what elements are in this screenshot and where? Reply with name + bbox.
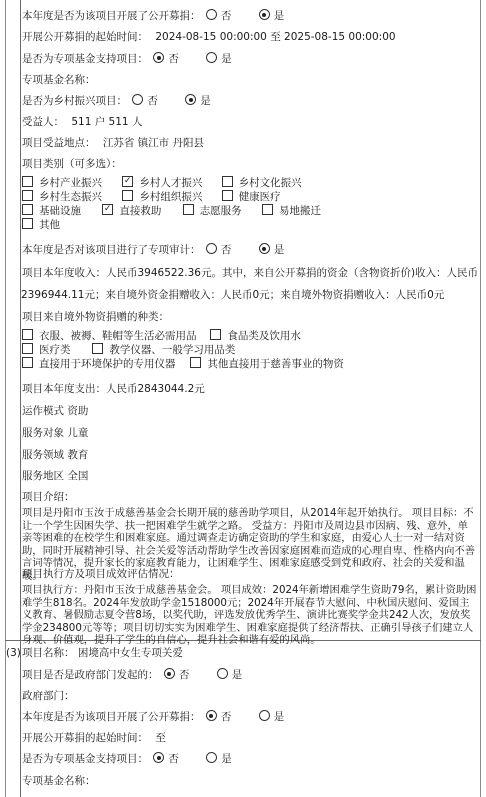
radio-selected-icon[interactable] bbox=[153, 752, 164, 763]
radio-option-yes[interactable]: 是 bbox=[257, 710, 285, 724]
fundraising-period-value: 至 bbox=[155, 732, 166, 744]
field-label: 政府部门： bbox=[22, 690, 75, 702]
operation-mode: 运作模式 资助 bbox=[22, 404, 88, 418]
radio-option-no[interactable]: 否 bbox=[151, 52, 179, 66]
checkbox-icon[interactable] bbox=[262, 204, 273, 215]
checkbox-option[interactable]: 食品类及饮用水 bbox=[210, 329, 301, 343]
gov-dept-row: 政府部门： bbox=[22, 689, 75, 703]
special-fund-row: 是否为专项基金支持项目： 否 是 bbox=[22, 752, 232, 766]
execution-text: 项目执行方：丹阳市玉汝于成慈善基金会。 项目成效：2024年新增困难学生资助79… bbox=[22, 584, 478, 647]
beneficiaries-value: 511 户 511 人 bbox=[71, 116, 142, 128]
public-fundraising-row: 本年度是否为该项目开展了公开募捐： 否 是 bbox=[22, 9, 284, 23]
field-label: 专项基金名称： bbox=[22, 74, 96, 86]
radio-icon[interactable] bbox=[259, 710, 270, 721]
field-label: 本年度是否为该项目开展了公开募捐： bbox=[22, 10, 201, 22]
project-name-value: 困境高中女生专项关爱 bbox=[78, 647, 183, 659]
public-fundraising-row: 本年度是否为该项目开展了公开募捐： 否 是 bbox=[22, 710, 284, 724]
location-row: 项目受益地点： 江苏省 镇江市 丹阳县 bbox=[22, 136, 204, 150]
radio-icon[interactable] bbox=[206, 752, 217, 763]
radio-option-yes[interactable]: 是 bbox=[257, 243, 285, 257]
checkbox-option[interactable]: 基础设施 bbox=[22, 204, 99, 218]
checkbox-icon[interactable] bbox=[183, 204, 194, 215]
checkbox-icon[interactable] bbox=[22, 190, 33, 201]
radio-icon[interactable] bbox=[206, 52, 217, 63]
radio-icon[interactable] bbox=[206, 243, 217, 254]
radio-icon[interactable] bbox=[132, 94, 143, 105]
special-fund-row: 是否为专项基金支持项目： 否 是 bbox=[22, 52, 232, 66]
form-page: 本年度是否为该项目开展了公开募捐： 否 是 开展公开募捐的起始时间： 2024-… bbox=[0, 0, 486, 797]
fundraising-period-row: 开展公开募捐的起始时间： 2024-08-15 00:00:00 至 2025-… bbox=[22, 30, 396, 44]
rural-revitalization-row: 是否为乡村振兴项目： 否 是 bbox=[22, 94, 211, 108]
radio-icon[interactable] bbox=[217, 668, 228, 679]
category-row: 乡村生态振兴 乡村组织振兴 健康医疗 bbox=[22, 190, 281, 204]
radio-option-no[interactable]: 否 bbox=[130, 94, 158, 108]
field-label: 专项基金名称： bbox=[22, 775, 96, 787]
checkbox-option[interactable]: 教学仪器、一般学习用品类 bbox=[92, 343, 235, 357]
radio-selected-icon[interactable] bbox=[259, 9, 270, 20]
table-border-right bbox=[480, 0, 481, 797]
checkbox-option[interactable]: 医疗类 bbox=[22, 343, 89, 357]
checkbox-icon[interactable] bbox=[210, 329, 221, 340]
table-border-left bbox=[5, 0, 6, 797]
checkbox-option[interactable]: 直接救助 bbox=[102, 204, 179, 218]
radio-option-no[interactable]: 否 bbox=[204, 243, 232, 257]
checkbox-checked-icon[interactable] bbox=[122, 176, 133, 187]
radio-option-yes[interactable]: 是 bbox=[204, 52, 232, 66]
checkbox-icon[interactable] bbox=[22, 329, 33, 340]
checkbox-option[interactable]: 健康医疗 bbox=[222, 190, 281, 204]
radio-icon[interactable] bbox=[206, 9, 217, 20]
category-row: 基础设施 直接救助 志愿服务 易地搬迁 bbox=[22, 204, 321, 218]
categories-label: 项目类别（可多选）： bbox=[22, 157, 122, 171]
field-label: 本年度是否为该项目开展了公开募捐： bbox=[22, 711, 201, 723]
audit-row: 本年度是否对该项目进行了专项审计： 否 是 bbox=[22, 243, 284, 257]
radio-option-no[interactable]: 否 bbox=[162, 668, 190, 682]
field-label: 开展公开募捐的起始时间： bbox=[22, 31, 148, 43]
checkbox-icon[interactable] bbox=[22, 343, 33, 354]
checkbox-option[interactable]: 乡村人才振兴 bbox=[122, 176, 218, 190]
foreign-goods-label: 项目来自境外物资捐赠的种类： bbox=[22, 310, 169, 324]
checkbox-icon[interactable] bbox=[122, 190, 133, 201]
service-region: 服务地区 全国 bbox=[22, 469, 88, 483]
checkbox-icon[interactable] bbox=[190, 357, 201, 368]
income-line-2: 2396944.11元；来自境外资金捐赠收入：人民币0元；来自境外物资捐赠收入：… bbox=[21, 288, 444, 302]
checkbox-option[interactable]: 乡村文化振兴 bbox=[222, 176, 302, 190]
checkbox-icon[interactable] bbox=[22, 218, 33, 229]
checkbox-icon[interactable] bbox=[22, 176, 33, 187]
project-name-row: 项目名称： 困境高中女生专项关爱 bbox=[22, 646, 183, 660]
checkbox-option[interactable]: 其他 bbox=[22, 218, 60, 232]
field-label: 是否为专项基金支持项目： bbox=[22, 53, 148, 65]
checkbox-option[interactable]: 其他直接用于慈善事业的物资 bbox=[190, 357, 344, 371]
radio-option-yes[interactable]: 是 bbox=[257, 9, 285, 23]
gov-initiated-row: 项目是否是政府部门发起的： 否 是 bbox=[22, 668, 242, 682]
radio-option-yes[interactable]: 是 bbox=[204, 752, 232, 766]
checkbox-icon[interactable] bbox=[222, 176, 233, 187]
field-label: 项目受益地点： bbox=[22, 137, 96, 149]
project-number: (3) bbox=[6, 646, 21, 660]
field-label: 是否为乡村振兴项目： bbox=[22, 95, 127, 107]
table-column-divider bbox=[20, 0, 21, 797]
checkbox-icon[interactable] bbox=[22, 357, 33, 368]
goods-row: 医疗类 教学仪器、一般学习用品类 bbox=[22, 343, 235, 357]
checkbox-icon[interactable] bbox=[92, 343, 103, 354]
field-label: 项目是否是政府部门发起的： bbox=[22, 669, 159, 681]
beneficiaries-row: 受益人： 511 户 511 人 bbox=[22, 115, 142, 129]
intro-label: 项目介绍： bbox=[22, 490, 75, 504]
checkbox-icon[interactable] bbox=[22, 204, 33, 215]
checkbox-icon[interactable] bbox=[222, 190, 233, 201]
checkbox-option[interactable]: 易地搬迁 bbox=[262, 204, 321, 218]
field-label: 项目名称： bbox=[22, 647, 75, 659]
special-fund-name-row: 专项基金名称： bbox=[22, 73, 96, 87]
goods-row: 直接用于环境保护的专用仪器 其他直接用于慈善事业的物资 bbox=[22, 357, 344, 371]
radio-selected-icon[interactable] bbox=[206, 710, 217, 721]
checkbox-option[interactable]: 乡村组织振兴 bbox=[122, 190, 218, 204]
location-value: 江苏省 镇江市 丹阳县 bbox=[103, 137, 204, 149]
checkbox-option[interactable]: 直接用于环境保护的专用仪器 bbox=[22, 357, 187, 371]
income-line-1: 项目本年度收入：人民币3946522.36元。其中，来自公开募捐的资金（含物资折… bbox=[22, 266, 478, 280]
expenditure: 项目本年度支出：人民币2843044.2元 bbox=[22, 382, 205, 396]
fundraising-period-row: 开展公开募捐的起始时间： 至 bbox=[22, 731, 166, 745]
radio-selected-icon[interactable] bbox=[185, 94, 196, 105]
radio-option-no[interactable]: 否 bbox=[151, 752, 179, 766]
field-label: 开展公开募捐的起始时间： bbox=[22, 732, 148, 744]
goods-row: 衣服、被褥、鞋帽等生活必需用品 食品类及饮用水 bbox=[22, 329, 301, 343]
field-label: 是否为专项基金支持项目： bbox=[22, 753, 148, 765]
field-label: 本年度是否对该项目进行了专项审计： bbox=[22, 244, 201, 256]
radio-selected-icon[interactable] bbox=[259, 243, 270, 254]
radio-selected-icon[interactable] bbox=[164, 668, 175, 679]
checkbox-option[interactable]: 乡村产业振兴 bbox=[22, 176, 119, 190]
radio-option-no[interactable]: 否 bbox=[204, 710, 232, 724]
radio-option-yes[interactable]: 是 bbox=[215, 668, 243, 682]
special-fund-name-row: 专项基金名称： bbox=[22, 774, 96, 788]
checkbox-checked-icon[interactable] bbox=[102, 204, 113, 215]
fundraising-period-value: 2024-08-15 00:00:00 至 2025-08-15 00:00:0… bbox=[155, 31, 395, 43]
field-label: 受益人： bbox=[22, 116, 64, 128]
checkbox-option[interactable]: 志愿服务 bbox=[183, 204, 259, 218]
category-row: 其他 bbox=[22, 218, 60, 232]
service-target: 服务对象 儿童 bbox=[22, 426, 88, 440]
checkbox-option[interactable]: 衣服、被褥、鞋帽等生活必需用品 bbox=[22, 329, 207, 343]
radio-option-no[interactable]: 否 bbox=[204, 9, 232, 23]
radio-option-yes[interactable]: 是 bbox=[183, 94, 211, 108]
service-field: 服务领域 教育 bbox=[22, 448, 88, 462]
execution-label: 项目执行方及项目成效评估情况： bbox=[22, 567, 180, 581]
category-row: 乡村产业振兴 乡村人才振兴 乡村文化振兴 bbox=[22, 176, 302, 190]
radio-selected-icon[interactable] bbox=[153, 52, 164, 63]
